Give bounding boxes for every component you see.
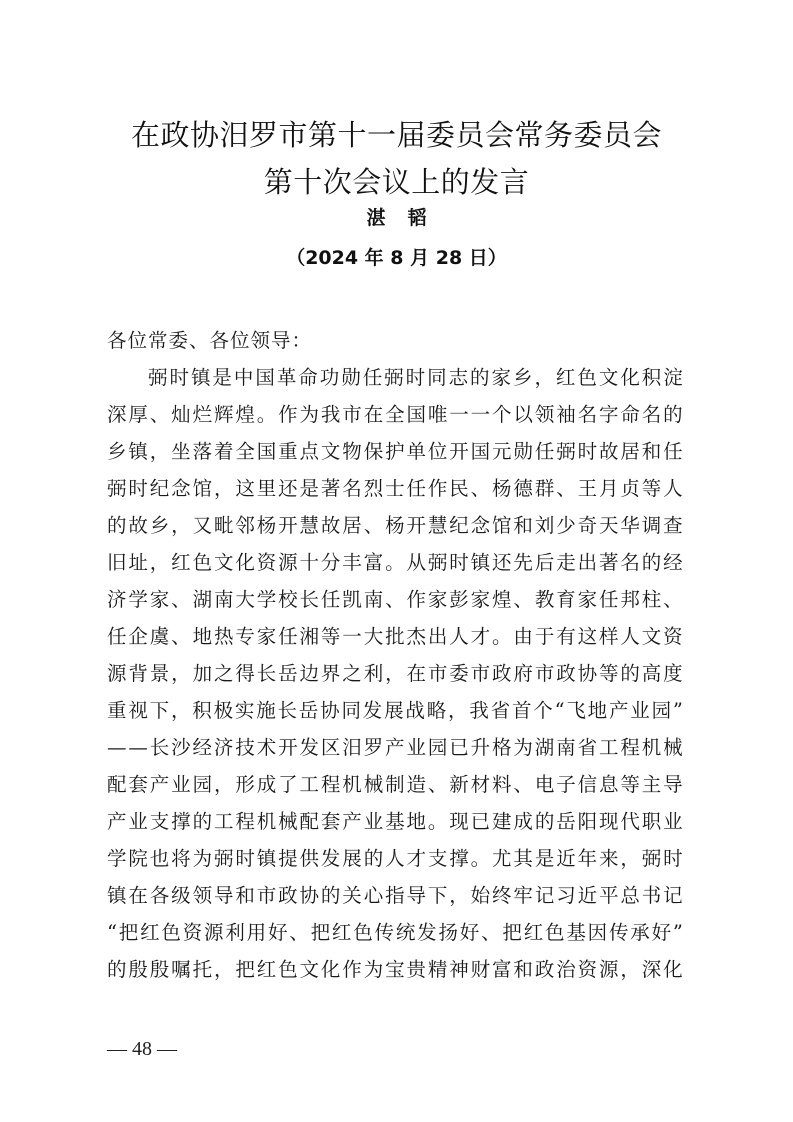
body-line: 的故乡，又毗邻杨开慧故居、杨开慧纪念馆和刘少奇天华调查 — [107, 507, 683, 544]
salutation: 各位常委、各位领导： — [107, 322, 683, 359]
body-line: 弼时纪念馆，这里还是著名烈士任作民、杨德群、王月贞等人 — [107, 470, 683, 507]
body-line: 重视下，积极实施长岳协同发展战略，我省首个“飞地产业园” — [107, 692, 683, 729]
body-line: 济学家、湖南大学校长任凯南、作家彭家煌、教育家任邦柱、 — [107, 581, 683, 618]
author-name: 湛韬 — [0, 203, 793, 230]
page-number: — 48 — — [107, 1038, 177, 1061]
body-line: 深厚、灿烂辉煌。作为我市在全国唯一一个以领袖名字命名的 — [107, 396, 683, 433]
body-line: “把红色资源利用好、把红色传统发扬好、把红色基因传承好” — [107, 914, 683, 951]
body-line: 学院也将为弼时镇提供发展的人才支撑。尤其是近年来，弼时 — [107, 840, 683, 877]
body-line: 乡镇，坐落着全国重点文物保护单位开国元勋任弼时故居和任 — [107, 433, 683, 470]
body-line: 任企虞、地热专家任湘等一大批杰出人才。由于有这样人文资 — [107, 618, 683, 655]
document-title-line-1: 在政协汨罗市第十一届委员会常务委员会 — [0, 113, 793, 154]
document-title-line-2: 第十次会议上的发言 — [0, 160, 793, 201]
body-line: 源背景，加之得长岳边界之利，在市委市政府市政协等的高度 — [107, 655, 683, 692]
document-body: 各位常委、各位领导： 弼时镇是中国革命功勋任弼时同志的家乡，红色文化积淀 深厚、… — [107, 322, 683, 988]
body-line: 旧址，红色文化资源十分丰富。从弼时镇还先后走出著名的经 — [107, 544, 683, 581]
body-line: 产业支撑的工程机械配套产业基地。现已建成的岳阳现代职业 — [107, 803, 683, 840]
body-line: ——长沙经济技术开发区汨罗产业园已升格为湖南省工程机械 — [107, 729, 683, 766]
body-line: 镇在各级领导和市政协的关心指导下，始终牢记习近平总书记 — [107, 877, 683, 914]
body-line: 弼时镇是中国革命功勋任弼时同志的家乡，红色文化积淀 — [107, 359, 683, 396]
body-line: 配套产业园，形成了工程机械制造、新材料、电子信息等主导 — [107, 766, 683, 803]
speech-date: （2024 年 8 月 28 日） — [0, 243, 793, 270]
body-line: 的殷殷嘱托，把红色文化作为宝贵精神财富和政治资源，深化 — [107, 951, 683, 988]
